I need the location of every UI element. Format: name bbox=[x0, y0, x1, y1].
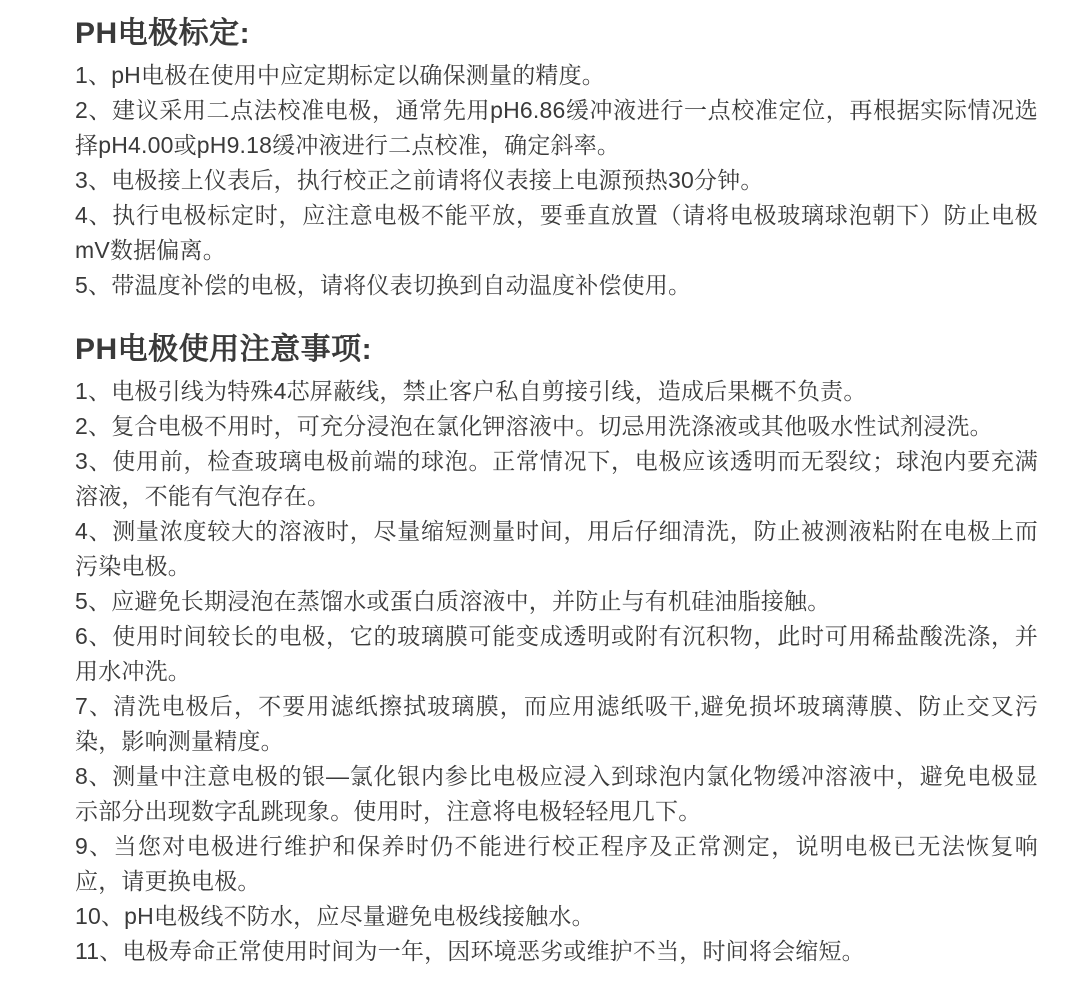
list-item: 10、pH电极线不防水，应尽量避免电极线接触水。 bbox=[75, 899, 1038, 934]
list-item: 2、复合电极不用时，可充分浸泡在氯化钾溶液中。切忌用洗涤液或其他吸水性试剂浸洗。 bbox=[75, 409, 1038, 444]
list-item: 8、测量中注意电极的银—氯化银内参比电极应浸入到球泡内氯化物缓冲溶液中，避免电极… bbox=[75, 759, 1038, 829]
section-precautions: PH电极使用注意事项: 1、电极引线为特殊4芯屏蔽线，禁止客户私自剪接引线，造成… bbox=[75, 330, 1038, 969]
list-item: 5、带温度补偿的电极，请将仪表切换到自动温度补偿使用。 bbox=[75, 268, 1038, 303]
list-item: 3、电极接上仪表后，执行校正之前请将仪表接上电源预热30分钟。 bbox=[75, 163, 1038, 198]
list-item: 4、执行电极标定时，应注意电极不能平放，要垂直放置（请将电极玻璃球泡朝下）防止电… bbox=[75, 198, 1038, 268]
section-heading-calibration: PH电极标定: bbox=[75, 14, 1038, 54]
list-item: 11、电极寿命正常使用时间为一年，因环境恶劣或维护不当，时间将会缩短。 bbox=[75, 934, 1038, 969]
list-item: 6、使用时间较长的电极，它的玻璃膜可能变成透明或附有沉积物，此时可用稀盐酸洗涤，… bbox=[75, 619, 1038, 689]
list-item: 2、建议采用二点法校准电极，通常先用pH6.86缓冲液进行一点校准定位，再根据实… bbox=[75, 93, 1038, 163]
section-calibration: PH电极标定: 1、pH电极在使用中应定期标定以确保测量的精度。 2、建议采用二… bbox=[75, 14, 1038, 303]
list-item: 1、pH电极在使用中应定期标定以确保测量的精度。 bbox=[75, 58, 1038, 93]
list-item: 3、使用前，检查玻璃电极前端的球泡。正常情况下，电极应该透明而无裂纹；球泡内要充… bbox=[75, 444, 1038, 514]
list-item: 7、清洗电极后，不要用滤纸擦拭玻璃膜，而应用滤纸吸干,避免损坏玻璃薄膜、防止交叉… bbox=[75, 689, 1038, 759]
list-item: 5、应避免长期浸泡在蒸馏水或蛋白质溶液中，并防止与有机硅油脂接触。 bbox=[75, 584, 1038, 619]
list-item: 9、当您对电极进行维护和保养时仍不能进行校正程序及正常测定，说明电极已无法恢复响… bbox=[75, 829, 1038, 899]
section-heading-precautions: PH电极使用注意事项: bbox=[75, 330, 1038, 370]
list-item: 4、测量浓度较大的溶液时，尽量缩短测量时间，用后仔细清洗，防止被测液粘附在电极上… bbox=[75, 514, 1038, 584]
list-item: 1、电极引线为特殊4芯屏蔽线，禁止客户私自剪接引线，造成后果概不负责。 bbox=[75, 374, 1038, 409]
document-page: PH电极标定: 1、pH电极在使用中应定期标定以确保测量的精度。 2、建议采用二… bbox=[0, 0, 1080, 1000]
